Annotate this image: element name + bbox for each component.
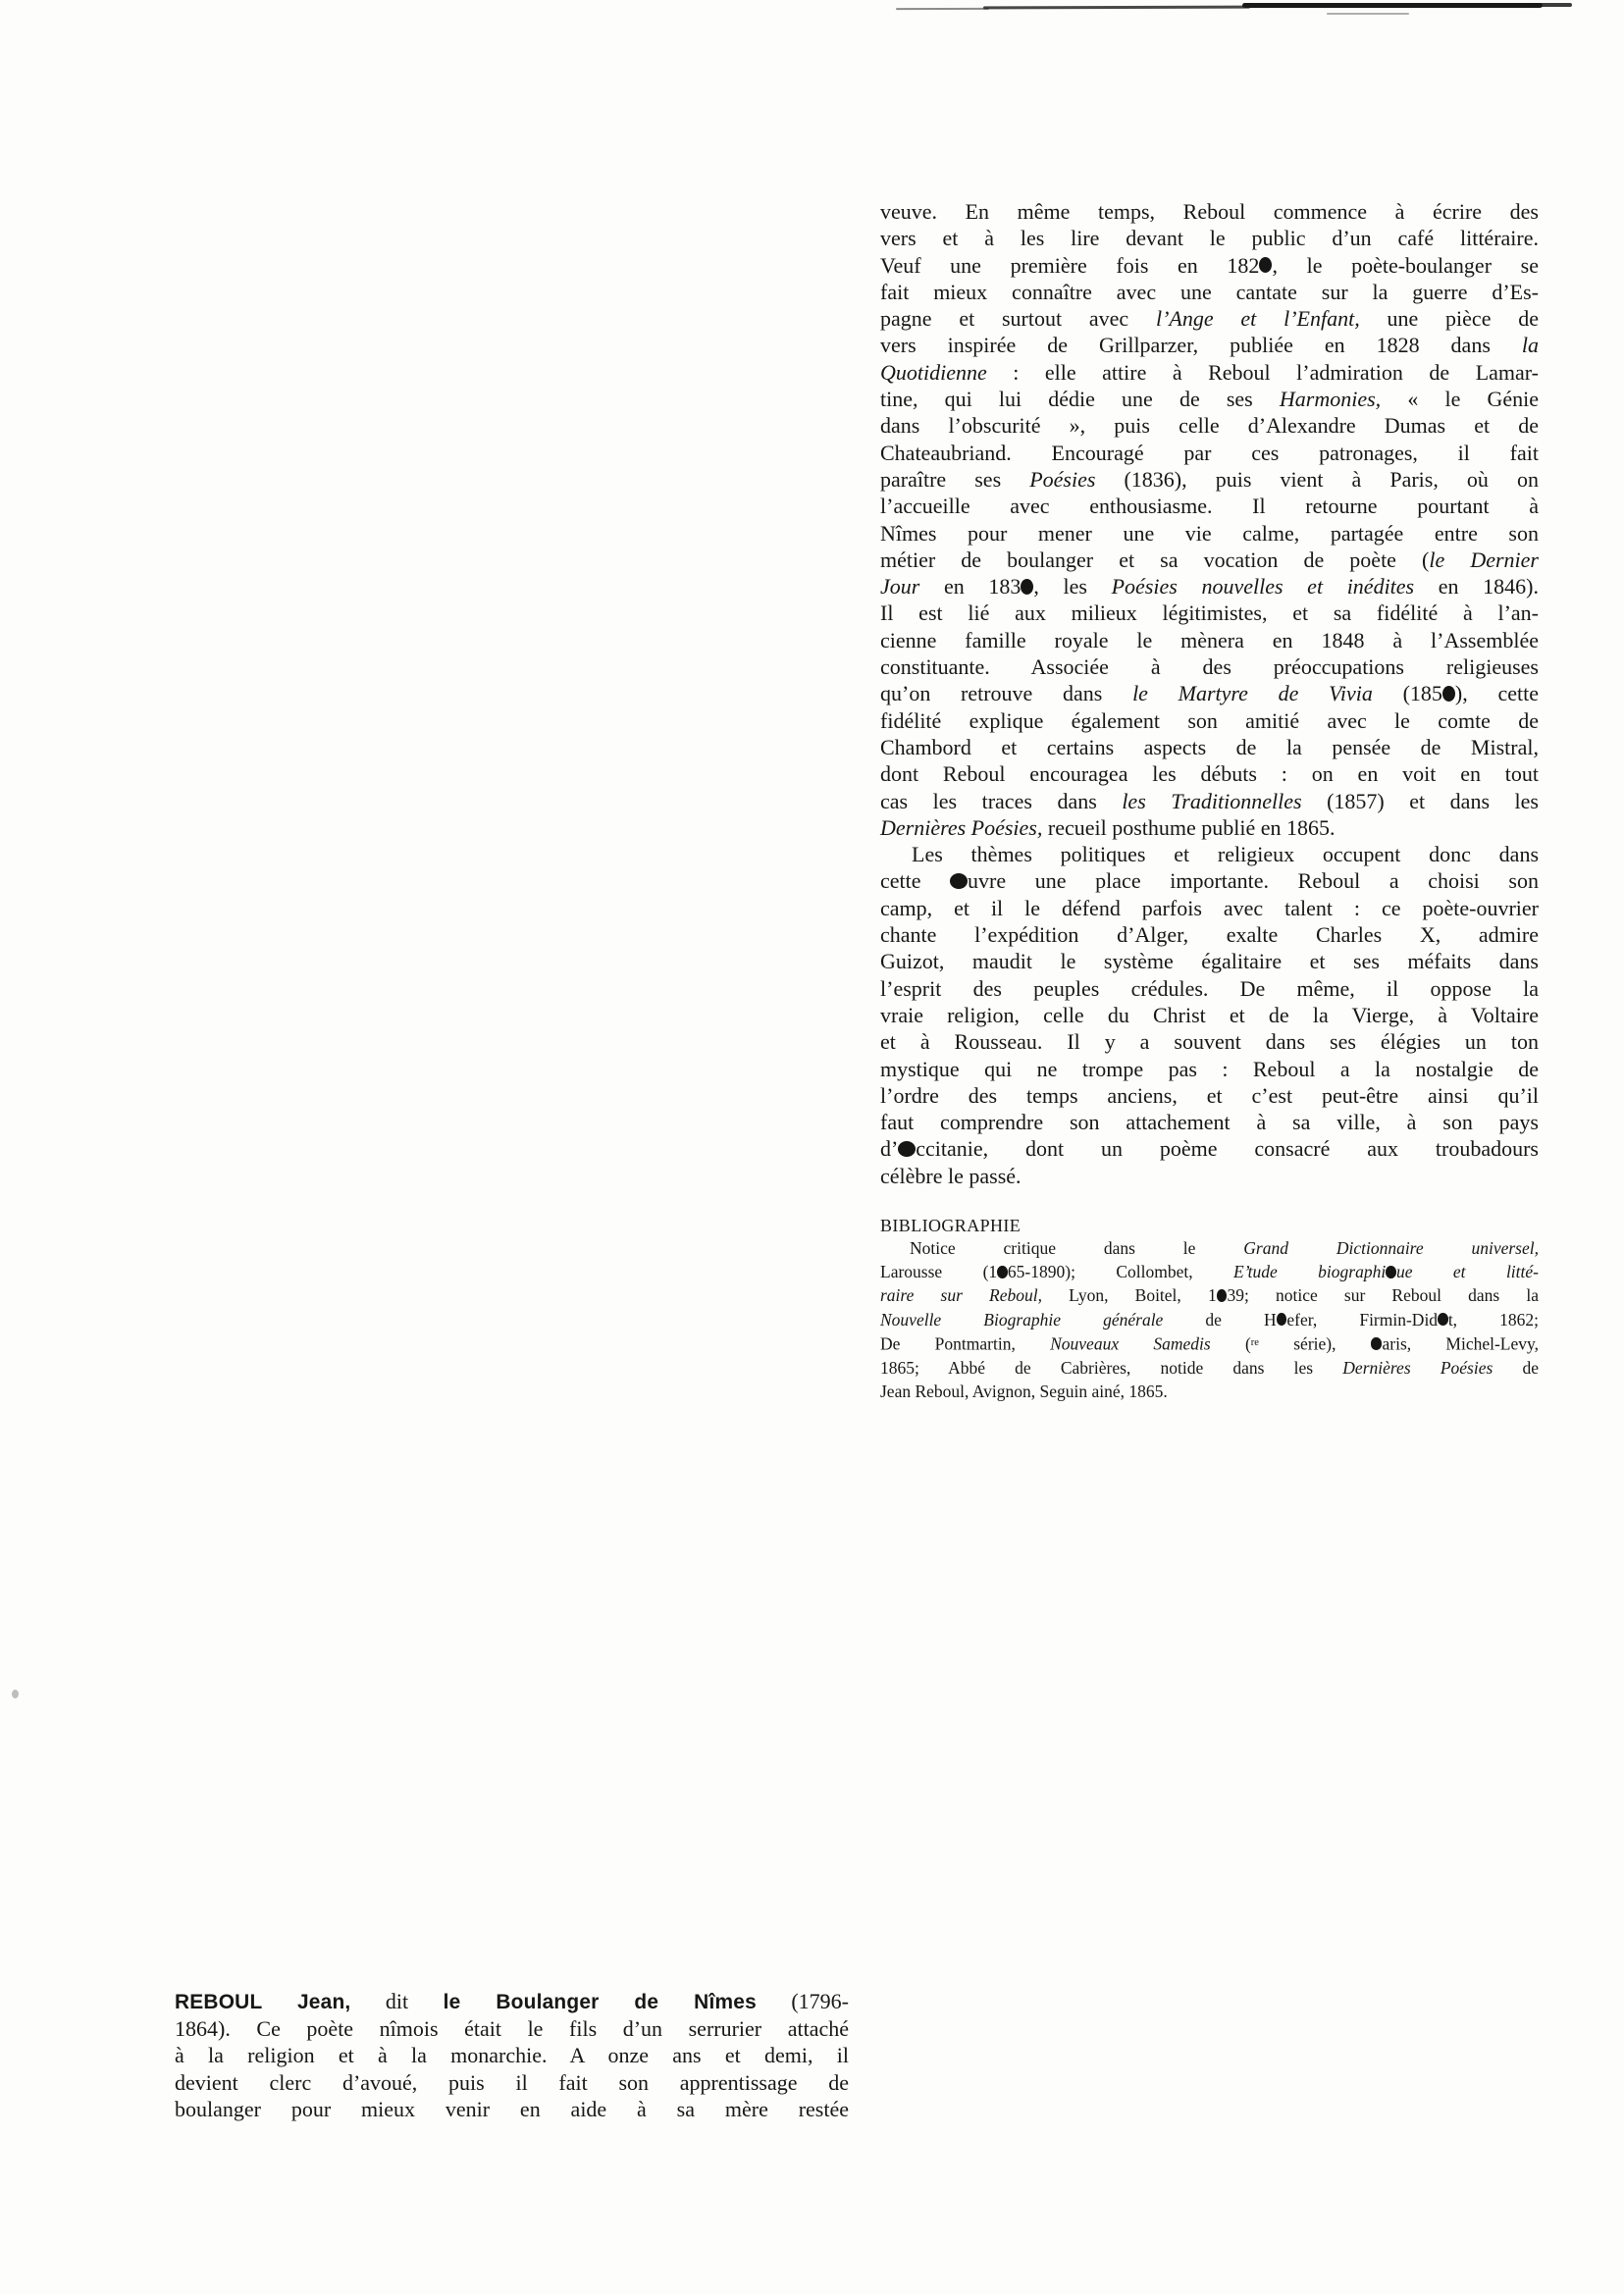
text-segment: recueil posthume publié en 1865.	[1042, 815, 1335, 840]
text-segment: ue et litté-	[1396, 1262, 1539, 1281]
text-segment: les Traditionnelles	[1122, 789, 1301, 813]
text-segment: Jean Reboul, Avignon, Seguin ainé, 1865.	[880, 1382, 1168, 1401]
text-segment: Veuf une première fois en 182	[880, 253, 1259, 278]
text-segment: Larousse (1	[880, 1262, 997, 1281]
scan-artifact-segment	[1529, 3, 1572, 7]
text-segment: re	[1251, 1337, 1259, 1348]
ink-blotted-character: o	[1277, 1313, 1287, 1326]
text-line: Larousse (1865-1890); Collombet, E’tude …	[880, 1260, 1539, 1283]
text-segment: pagne et surtout avec	[880, 306, 1156, 331]
ink-speck	[12, 1690, 19, 1698]
entry-start-paragraph: REBOUL Jean, dit le Boulanger de Nîmes (…	[175, 1988, 849, 2122]
text-segment: célèbre le passé.	[880, 1164, 1022, 1188]
ink-blotted-character: 0	[1442, 686, 1455, 702]
ink-blotted-character: 9	[1021, 579, 1033, 595]
bibliography-header: BIBLIOGRAPHIE	[880, 1216, 1539, 1236]
ink-blotted-character: P	[1371, 1337, 1383, 1350]
text-segment: le Dernier	[1429, 548, 1539, 572]
text-line: mystique qui ne trompe pas : Reboul a la…	[880, 1056, 1539, 1082]
scan-artifact-segment	[983, 6, 1250, 10]
text-segment: d’	[880, 1136, 898, 1161]
text-segment: de	[1493, 1358, 1539, 1378]
text-line: célèbre le passé.	[880, 1163, 1539, 1189]
text-segment: ccitanie, dont un poème consacré aux tro…	[916, 1136, 1539, 1161]
text-segment: dit	[350, 1989, 443, 2013]
text-line: raire sur Reboul, Lyon, Boitel, 1839; no…	[880, 1283, 1539, 1307]
text-segment: Poésies	[1029, 467, 1095, 492]
text-segment: vers inspirée de Grillparzer, publiée en…	[880, 333, 1522, 357]
text-line: boulanger pour mieux venir en aide à sa …	[175, 2096, 849, 2122]
text-segment: raire sur Reboul,	[880, 1285, 1042, 1305]
text-segment: fait mieux connaître avec une cantate su…	[880, 280, 1539, 304]
text-line: Il est lié aux milieux légitimistes, et …	[880, 600, 1539, 626]
text-segment: Nouvelle Biographie générale	[880, 1310, 1163, 1330]
text-segment: « le Génie	[1381, 387, 1539, 411]
text-segment: cette	[880, 868, 950, 893]
text-line: dont Reboul encouragea les débuts : on e…	[880, 760, 1539, 787]
text-segment: Guizot, maudit le système égalitaire et …	[880, 949, 1539, 973]
paragraph-1: veuve. En même temps, Reboul commence à …	[880, 198, 1539, 841]
text-line: l’accueille avec enthousiasme. Il retour…	[880, 493, 1539, 519]
text-line: tine, qui lui dédie une de ses Harmonies…	[880, 386, 1539, 412]
text-segment: aris, Michel-Levy,	[1382, 1334, 1539, 1354]
text-line: Chateaubriand. Encouragé par ces patrona…	[880, 440, 1539, 466]
text-segment: dont Reboul encouragea les débuts : on e…	[880, 761, 1539, 786]
text-segment: dans l’obscurité », puis celle d’Alexand…	[880, 413, 1539, 438]
text-segment: faut comprendre son attachement à sa vil…	[880, 1110, 1539, 1134]
text-line: Notice critique dans le Grand Dictionnai…	[880, 1236, 1539, 1260]
text-line: De Pontmartin, Nouveaux Samedis (re séri…	[880, 1331, 1539, 1356]
text-segment: cas les traces dans	[880, 789, 1122, 813]
text-line: fidélité explique également son amitié a…	[880, 707, 1539, 734]
text-line: paraître ses Poésies (1836), puis vient …	[880, 466, 1539, 493]
article-column: veuve. En même temps, Reboul commence à …	[880, 198, 1539, 1403]
text-segment: Harmonies,	[1280, 387, 1381, 411]
text-segment: Quotidienne	[880, 360, 987, 385]
text-line: métier de boulanger et sa vocation de po…	[880, 547, 1539, 573]
ink-blotted-character: q	[1386, 1266, 1396, 1278]
text-segment: Les thèmes politiques et religieux occup…	[912, 842, 1539, 866]
text-segment: série),	[1259, 1334, 1371, 1354]
ink-blotted-character: œ	[950, 873, 968, 889]
text-segment: 1865; Abbé de Cabrières, notide dans les	[880, 1358, 1342, 1378]
text-segment: qu’on retrouve dans	[880, 681, 1132, 705]
text-segment: 39; notice sur Reboul dans la	[1227, 1285, 1539, 1305]
text-segment: Grand Dictionnaire universel,	[1243, 1238, 1539, 1258]
text-segment: Nouveaux Samedis	[1050, 1334, 1211, 1354]
text-segment: tine, qui lui dédie une de ses	[880, 387, 1280, 411]
text-segment: (1857) et dans les	[1302, 789, 1539, 813]
text-segment: l’esprit des peuples crédules. De même, …	[880, 976, 1539, 1001]
scan-artifact-segment	[1242, 3, 1543, 8]
text-line: à la religion et à la monarchie. A onze …	[175, 2042, 849, 2068]
text-segment: et à Rousseau. Il y a souvent dans ses é…	[880, 1029, 1539, 1054]
text-segment: 65-1890); Collombet,	[1008, 1262, 1233, 1281]
scan-artifact-segment	[1327, 13, 1409, 15]
text-line: qu’on retrouve dans le Martyre de Vivia …	[880, 680, 1539, 706]
text-segment: en 1846).	[1414, 574, 1539, 599]
text-line: vraie religion, celle du Christ et de la…	[880, 1002, 1539, 1028]
text-line: l’esprit des peuples crédules. De même, …	[880, 975, 1539, 1002]
ink-blotted-character: 8	[997, 1266, 1008, 1278]
text-segment: chante l’expédition d’Alger, exalte Char…	[880, 922, 1539, 947]
text-segment: (1796-	[757, 1989, 849, 2013]
text-segment: cienne famille royale le mènera en 1848 …	[880, 628, 1539, 652]
text-segment: devient clerc d’avoué, puis il fait son …	[175, 2070, 849, 2095]
text-segment: le Martyre de Vivia	[1132, 681, 1373, 705]
text-line: Guizot, maudit le système égalitaire et …	[880, 948, 1539, 974]
text-segment: métier de boulanger et sa vocation de po…	[880, 548, 1429, 572]
text-segment: boulanger pour mieux venir en aide à sa …	[175, 2097, 849, 2121]
text-line: Dernières Poésies, recueil posthume publ…	[880, 814, 1539, 841]
text-segment: Il est lié aux milieux légitimistes, et …	[880, 600, 1539, 625]
text-segment: (185	[1373, 681, 1442, 705]
text-segment: , le poète-boulanger se	[1272, 253, 1539, 278]
text-segment: Nîmes pour mener une vie calme, partagée…	[880, 521, 1539, 546]
text-line: fait mieux connaître avec une cantate su…	[880, 279, 1539, 305]
text-segment: 1864). Ce poète nîmois était le fils d’u…	[175, 2016, 849, 2041]
text-segment: paraître ses	[880, 467, 1029, 492]
text-segment: le Boulanger de Nîmes	[444, 1991, 757, 2013]
text-segment: REBOUL Jean,	[175, 1991, 350, 2013]
text-segment: De Pontmartin,	[880, 1334, 1050, 1354]
text-segment: veuve. En même temps, Reboul commence à …	[880, 199, 1539, 224]
text-segment: Poésies nouvelles et inédites	[1112, 574, 1415, 599]
text-line: l’ordre des temps anciens, et c’est peut…	[880, 1082, 1539, 1109]
text-line: camp, et il le défend parfois avec talen…	[880, 895, 1539, 921]
text-line: faut comprendre son attachement à sa vil…	[880, 1109, 1539, 1135]
ink-blotted-character: 0	[1259, 257, 1272, 273]
text-segment: l’Ange et l’Enfant,	[1156, 306, 1360, 331]
text-line: veuve. En même temps, Reboul commence à …	[880, 198, 1539, 225]
text-line: cienne famille royale le mènera en 1848 …	[880, 627, 1539, 653]
ink-blotted-character: 8	[1217, 1289, 1228, 1302]
text-line: chante l’expédition d’Alger, exalte Char…	[880, 921, 1539, 948]
text-line: cette œuvre une place importante. Reboul…	[880, 867, 1539, 894]
text-line: constituante. Associée à des préoccupati…	[880, 653, 1539, 680]
text-segment: uvre une place importante. Reboul a choi…	[968, 868, 1539, 893]
text-line: Les thèmes politiques et religieux occup…	[880, 841, 1539, 867]
text-segment: de H	[1163, 1310, 1276, 1330]
text-line: cas les traces dans les Traditionnelles …	[880, 788, 1539, 814]
text-segment: Chambord et certains aspects de la pensé…	[880, 735, 1539, 759]
text-line: Jean Reboul, Avignon, Seguin ainé, 1865.	[880, 1380, 1539, 1403]
text-line: pagne et surtout avec l’Ange et l’Enfant…	[880, 305, 1539, 332]
text-line: Quotidienne : elle attire à Reboul l’adm…	[880, 359, 1539, 386]
text-line: vers et à les lire devant le public d’un…	[880, 225, 1539, 251]
text-segment: efer, Firmin-Did	[1286, 1310, 1438, 1330]
text-segment: (1836), puis vient à Paris, où on	[1095, 467, 1539, 492]
text-line: Nîmes pour mener une vie calme, partagée…	[880, 520, 1539, 547]
text-segment: Dernières Poésies	[1342, 1358, 1493, 1378]
text-segment: ), cette	[1455, 681, 1539, 705]
text-line: Veuf une première fois en 1820, le poète…	[880, 252, 1539, 279]
bibliography-section: Notice critique dans le Grand Dictionnai…	[880, 1236, 1539, 1403]
text-segment: mystique qui ne trompe pas : Reboul a la…	[880, 1057, 1539, 1081]
text-line: et à Rousseau. Il y a souvent dans ses é…	[880, 1028, 1539, 1055]
text-line: devient clerc d’avoué, puis il fait son …	[175, 2069, 849, 2096]
text-line: dans l’obscurité », puis celle d’Alexand…	[880, 412, 1539, 439]
text-segment: vers et à les lire devant le public d’un…	[880, 226, 1539, 250]
text-segment: Jour	[880, 574, 919, 599]
text-segment: , les	[1033, 574, 1111, 599]
text-segment: la	[1522, 333, 1539, 357]
text-segment: à la religion et à la monarchie. A onze …	[175, 2043, 849, 2067]
text-line: vers inspirée de Grillparzer, publiée en…	[880, 332, 1539, 358]
scanned-document-page: veuve. En même temps, Reboul commence à …	[0, 0, 1624, 2295]
text-segment: (	[1211, 1334, 1251, 1354]
text-line: Jour en 1839, les Poésies nouvelles et i…	[880, 573, 1539, 600]
text-segment: constituante. Associée à des préoccupati…	[880, 654, 1539, 679]
text-segment: Lyon, Boitel, 1	[1042, 1285, 1217, 1305]
text-segment: E’tude biographi	[1233, 1262, 1386, 1281]
scan-artifact-segment	[896, 8, 989, 10]
text-segment: l’ordre des temps anciens, et c’est peut…	[880, 1083, 1539, 1108]
text-segment: Notice critique dans le	[910, 1238, 1243, 1258]
ink-blotted-character: O	[898, 1141, 916, 1157]
text-line: d’Occitanie, dont un poème consacré aux …	[880, 1135, 1539, 1162]
text-segment: l’accueille avec enthousiasme. Il retour…	[880, 494, 1539, 518]
text-line: REBOUL Jean, dit le Boulanger de Nîmes (…	[175, 1988, 849, 2015]
text-segment: Dernières Poésies,	[880, 815, 1042, 840]
text-segment: une pièce de	[1360, 306, 1539, 331]
text-segment: Chateaubriand. Encouragé par ces patrona…	[880, 441, 1539, 465]
text-segment: camp, et il le défend parfois avec talen…	[880, 896, 1539, 920]
text-line: 1864). Ce poète nîmois était le fils d’u…	[175, 2015, 849, 2042]
text-segment: en 183	[919, 574, 1021, 599]
text-line: Nouvelle Biographie générale de Hoefer, …	[880, 1308, 1539, 1331]
text-segment: vraie religion, celle du Christ et de la…	[880, 1003, 1539, 1027]
text-line: 1865; Abbé de Cabrières, notide dans les…	[880, 1356, 1539, 1380]
text-segment: fidélité explique également son amitié a…	[880, 708, 1539, 733]
ink-blotted-character: o	[1438, 1313, 1448, 1326]
paragraph-2: Les thèmes politiques et religieux occup…	[880, 841, 1539, 1189]
text-segment: : elle attire à Reboul l’admiration de L…	[987, 360, 1539, 385]
text-line: Chambord et certains aspects de la pensé…	[880, 734, 1539, 760]
text-segment: t, 1862;	[1448, 1310, 1539, 1330]
